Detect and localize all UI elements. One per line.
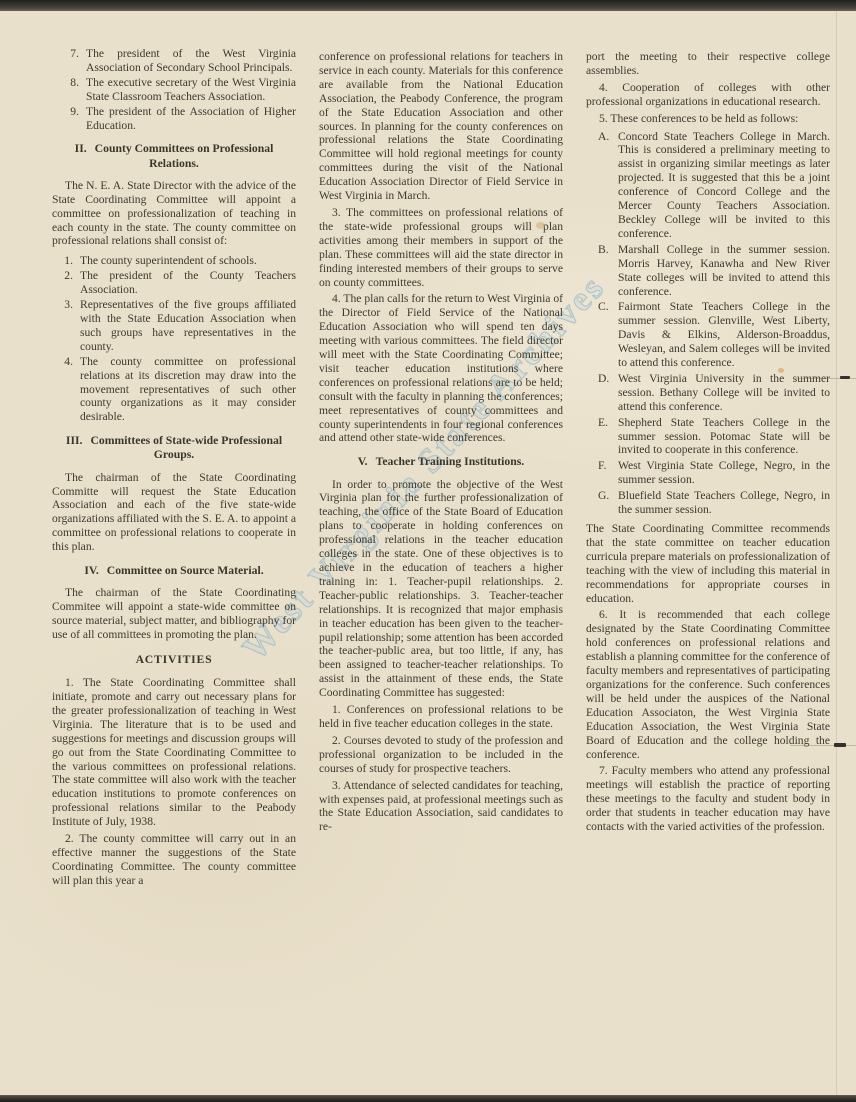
paper-stain: [536, 222, 545, 229]
paragraph: 1. The State Coordinating Committee shal…: [52, 676, 296, 829]
column-1: 7. The president of the West Virginia As…: [52, 47, 296, 891]
item-letter: C.: [598, 300, 612, 370]
scan-edge-bottom: [0, 1095, 856, 1102]
item-number: 4.: [52, 355, 73, 425]
list-item: B. Marshall College in the summer sessio…: [598, 243, 830, 299]
paragraph: 5. These conferences to be held as follo…: [586, 112, 830, 126]
section-heading-v: V.Teacher Training Institutions.: [321, 455, 561, 469]
paragraph: In order to promote the objective of the…: [319, 478, 563, 701]
section-heading-iii: III.Committees of State-wide Professiona…: [54, 434, 294, 462]
paragraph: The N. E. A. State Director with the adv…: [52, 179, 296, 249]
paragraph: 7. Faculty members who attend any profes…: [586, 764, 830, 834]
section-title: Teacher Training Institutions.: [376, 455, 525, 468]
paragraph: 3. The committees on professional relati…: [319, 206, 563, 289]
section-title: Committees of State-wide Professional Gr…: [90, 434, 282, 461]
item-letter: D.: [598, 372, 612, 414]
item-text: Concord State Teachers College in March.…: [618, 130, 830, 241]
paragraph: 2. The county committee will carry out i…: [52, 832, 296, 888]
paragraph: 4. The plan calls for the return to West…: [319, 292, 563, 445]
list-item: F. West Virginia State College, Negro, i…: [598, 459, 830, 487]
item-number: 1.: [52, 254, 73, 268]
list-item: 1. The county superintendent of schools.: [52, 254, 296, 268]
item-text: The president of the County Teachers Ass…: [80, 269, 296, 297]
section-title: Committee on Source Material.: [107, 564, 264, 577]
conference-list: A. Concord State Teachers College in Mar…: [586, 130, 830, 517]
list-item: A. Concord State Teachers College in Mar…: [598, 130, 830, 241]
scan-edge-top: [0, 0, 856, 11]
list-item: C. Fairmont State Teachers College in th…: [598, 300, 830, 370]
page-body: 7. The president of the West Virginia As…: [52, 47, 830, 891]
section-numeral: III.: [66, 434, 83, 447]
list-item: 2. The president of the County Teachers …: [52, 269, 296, 297]
paragraph: 4. Cooperation of colleges with other pr…: [586, 81, 830, 109]
paper-stain: [778, 368, 784, 373]
officers-list: 7. The president of the West Virginia As…: [52, 47, 296, 132]
paragraph: The chairman of the State Coordinating C…: [52, 586, 296, 642]
item-text: The president of the Association of High…: [86, 105, 296, 133]
item-number: 9.: [58, 105, 79, 133]
item-letter: B.: [598, 243, 612, 299]
section-numeral: IV.: [84, 564, 98, 577]
list-item: 8. The executive secretary of the West V…: [58, 76, 296, 104]
item-text: Fairmont State Teachers College in the s…: [618, 300, 830, 370]
item-text: Marshall College in the summer session. …: [618, 243, 830, 299]
item-text: Shepherd State Teachers College in the s…: [618, 416, 830, 458]
item-text: The county superintendent of schools.: [80, 254, 296, 268]
item-text: The county committee on professional rel…: [80, 355, 296, 425]
section-numeral: II.: [75, 142, 87, 155]
column-2: conference on professional relations for…: [319, 47, 563, 891]
list-item: 4. The county committee on professional …: [52, 355, 296, 425]
list-item: G. Bluefield State Teachers College, Neg…: [598, 489, 830, 517]
paragraph: The chairman of the State Coordinating C…: [52, 471, 296, 554]
crease-line: [790, 745, 856, 746]
paragraph: conference on professional relations for…: [319, 50, 563, 203]
section-heading-iv: IV.Committee on Source Material.: [54, 564, 294, 578]
item-letter: A.: [598, 130, 612, 241]
list-item: 3. Representatives of the five groups af…: [52, 298, 296, 354]
paragraph: 6. It is recommended that each college d…: [586, 608, 830, 761]
item-number: 8.: [58, 76, 79, 104]
item-text: Representatives of the five groups affil…: [80, 298, 296, 354]
item-number: 3.: [52, 298, 73, 354]
item-number: 2.: [52, 269, 73, 297]
margin-mark: [840, 376, 850, 379]
section-title: County Committees on Professional Relati…: [95, 142, 274, 169]
paragraph: 1. Conferences on professional relations…: [319, 703, 563, 731]
item-letter: E.: [598, 416, 612, 458]
section-heading-ii: II.County Committees on Professional Rel…: [54, 142, 294, 170]
section-numeral: V.: [358, 455, 368, 468]
item-text: The executive secretary of the West Virg…: [86, 76, 296, 104]
margin-mark: [834, 743, 846, 747]
paragraph: The State Coordinating Committee recomme…: [586, 522, 830, 605]
column-3: port the meeting to their respective col…: [586, 47, 830, 891]
item-letter: G.: [598, 489, 612, 517]
activities-heading: ACTIVITIES: [52, 653, 296, 667]
list-item: E. Shepherd State Teachers College in th…: [598, 416, 830, 458]
paragraph: port the meeting to their respective col…: [586, 50, 830, 78]
item-text: Bluefield State Teachers College, Negro,…: [618, 489, 830, 517]
item-letter: F.: [598, 459, 612, 487]
list-item: 7. The president of the West Virginia As…: [58, 47, 296, 75]
item-number: 7.: [58, 47, 79, 75]
list-item: 9. The president of the Association of H…: [58, 105, 296, 133]
county-committee-list: 1. The county superintendent of schools.…: [52, 254, 296, 424]
paragraph: 2. Courses devoted to study of the profe…: [319, 734, 563, 776]
paragraph: 3. Attendance of selected candidates for…: [319, 779, 563, 835]
item-text: West Virginia State College, Negro, in t…: [618, 459, 830, 487]
item-text: The president of the West Virginia Assoc…: [86, 47, 296, 75]
crease-line-vertical: [836, 11, 837, 1095]
